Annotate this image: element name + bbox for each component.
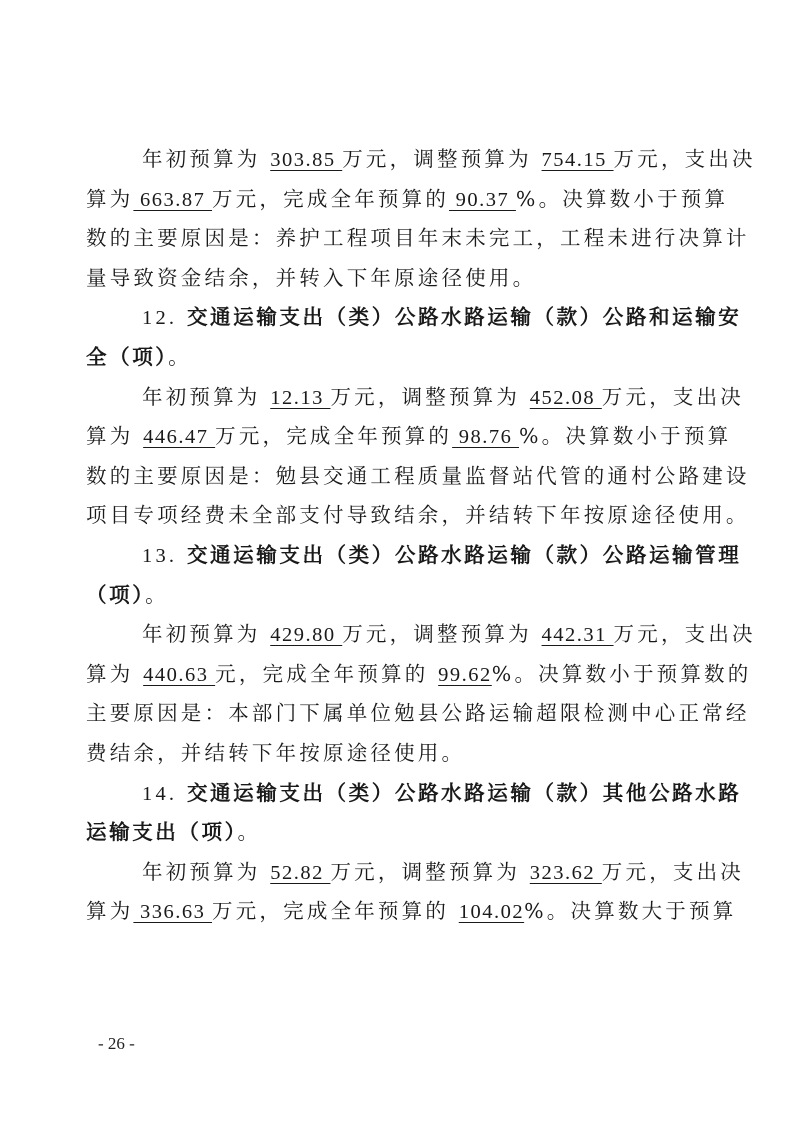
initial-budget-value: 303.85 (270, 149, 342, 171)
paragraph-line: 量导致资金结余，并转入下年原途径使用。 (86, 259, 706, 299)
completion-rate-value: 90.37 (449, 189, 516, 211)
final-account-value: 336.63 (133, 901, 212, 923)
paragraph-line: 年初预算为 429.80 万元，调整预算为 442.31 万元，支出决 (86, 615, 706, 655)
section-heading-14-cont: 运输支出（项）。 (86, 813, 706, 853)
adjusted-budget-value: 754.15 (542, 149, 614, 171)
initial-budget-value: 12.13 (270, 387, 330, 409)
section-heading-13: 13. 交通运输支出（类）公路水路运输（款）公路运输管理 (86, 536, 706, 576)
paragraph-line: 算为 663.87 万元，完成全年预算的 90.37 %。决算数小于预算 (86, 180, 706, 220)
paragraph-line: 算为 440.63 元，完成全年预算的 99.62%。决算数小于预算数的 (86, 655, 706, 695)
paragraph-line: 年初预算为 52.82 万元，调整预算为 323.62 万元，支出决 (86, 853, 706, 893)
paragraph-line: 算为 446.47 万元，完成全年预算的 98.76 %。决算数小于预算 (86, 417, 706, 457)
completion-rate-value: 104.02 (459, 901, 524, 923)
adjusted-budget-value: 452.08 (530, 387, 602, 409)
completion-rate-value: 99.62 (438, 664, 492, 686)
initial-budget-value: 52.82 (270, 862, 330, 884)
paragraph-line: 费结余，并结转下年按原途径使用。 (86, 734, 706, 774)
page-number: - 26 - (98, 1034, 135, 1054)
section-heading-13-cont: （项）。 (86, 576, 706, 616)
final-account-value: 446.47 (143, 426, 215, 448)
paragraph-line: 数的主要原因是：勉县交通工程质量监督站代管的通村公路建设 (86, 457, 706, 497)
section-heading-12: 12. 交通运输支出（类）公路水路运输（款）公路和运输安 (86, 298, 706, 338)
paragraph-line: 主要原因是：本部门下属单位勉县公路运输超限检测中心正常经 (86, 694, 706, 734)
document-page: 年初预算为 303.85 万元，调整预算为 754.15 万元，支出决 算为 6… (86, 140, 706, 932)
section-heading-14: 14. 交通运输支出（类）公路水路运输（款）其他公路水路 (86, 774, 706, 814)
adjusted-budget-value: 323.62 (530, 862, 602, 884)
paragraph-line: 年初预算为 12.13 万元，调整预算为 452.08 万元，支出决 (86, 378, 706, 418)
final-account-value: 440.63 (143, 664, 215, 686)
completion-rate-value: 98.76 (452, 426, 519, 448)
paragraph-line: 项目专项经费未全部支付导致结余，并结转下年按原途径使用。 (86, 496, 706, 536)
initial-budget-value: 429.80 (270, 624, 342, 646)
adjusted-budget-value: 442.31 (542, 624, 614, 646)
paragraph-line: 年初预算为 303.85 万元，调整预算为 754.15 万元，支出决 (86, 140, 706, 180)
paragraph-line: 算为 336.63 万元，完成全年预算的 104.02%。决算数大于预算 (86, 892, 706, 932)
paragraph-line: 数的主要原因是：养护工程项目年末未完工，工程未进行决算计 (86, 219, 706, 259)
final-account-value: 663.87 (133, 189, 212, 211)
section-heading-12-cont: 全（项）。 (86, 338, 706, 378)
